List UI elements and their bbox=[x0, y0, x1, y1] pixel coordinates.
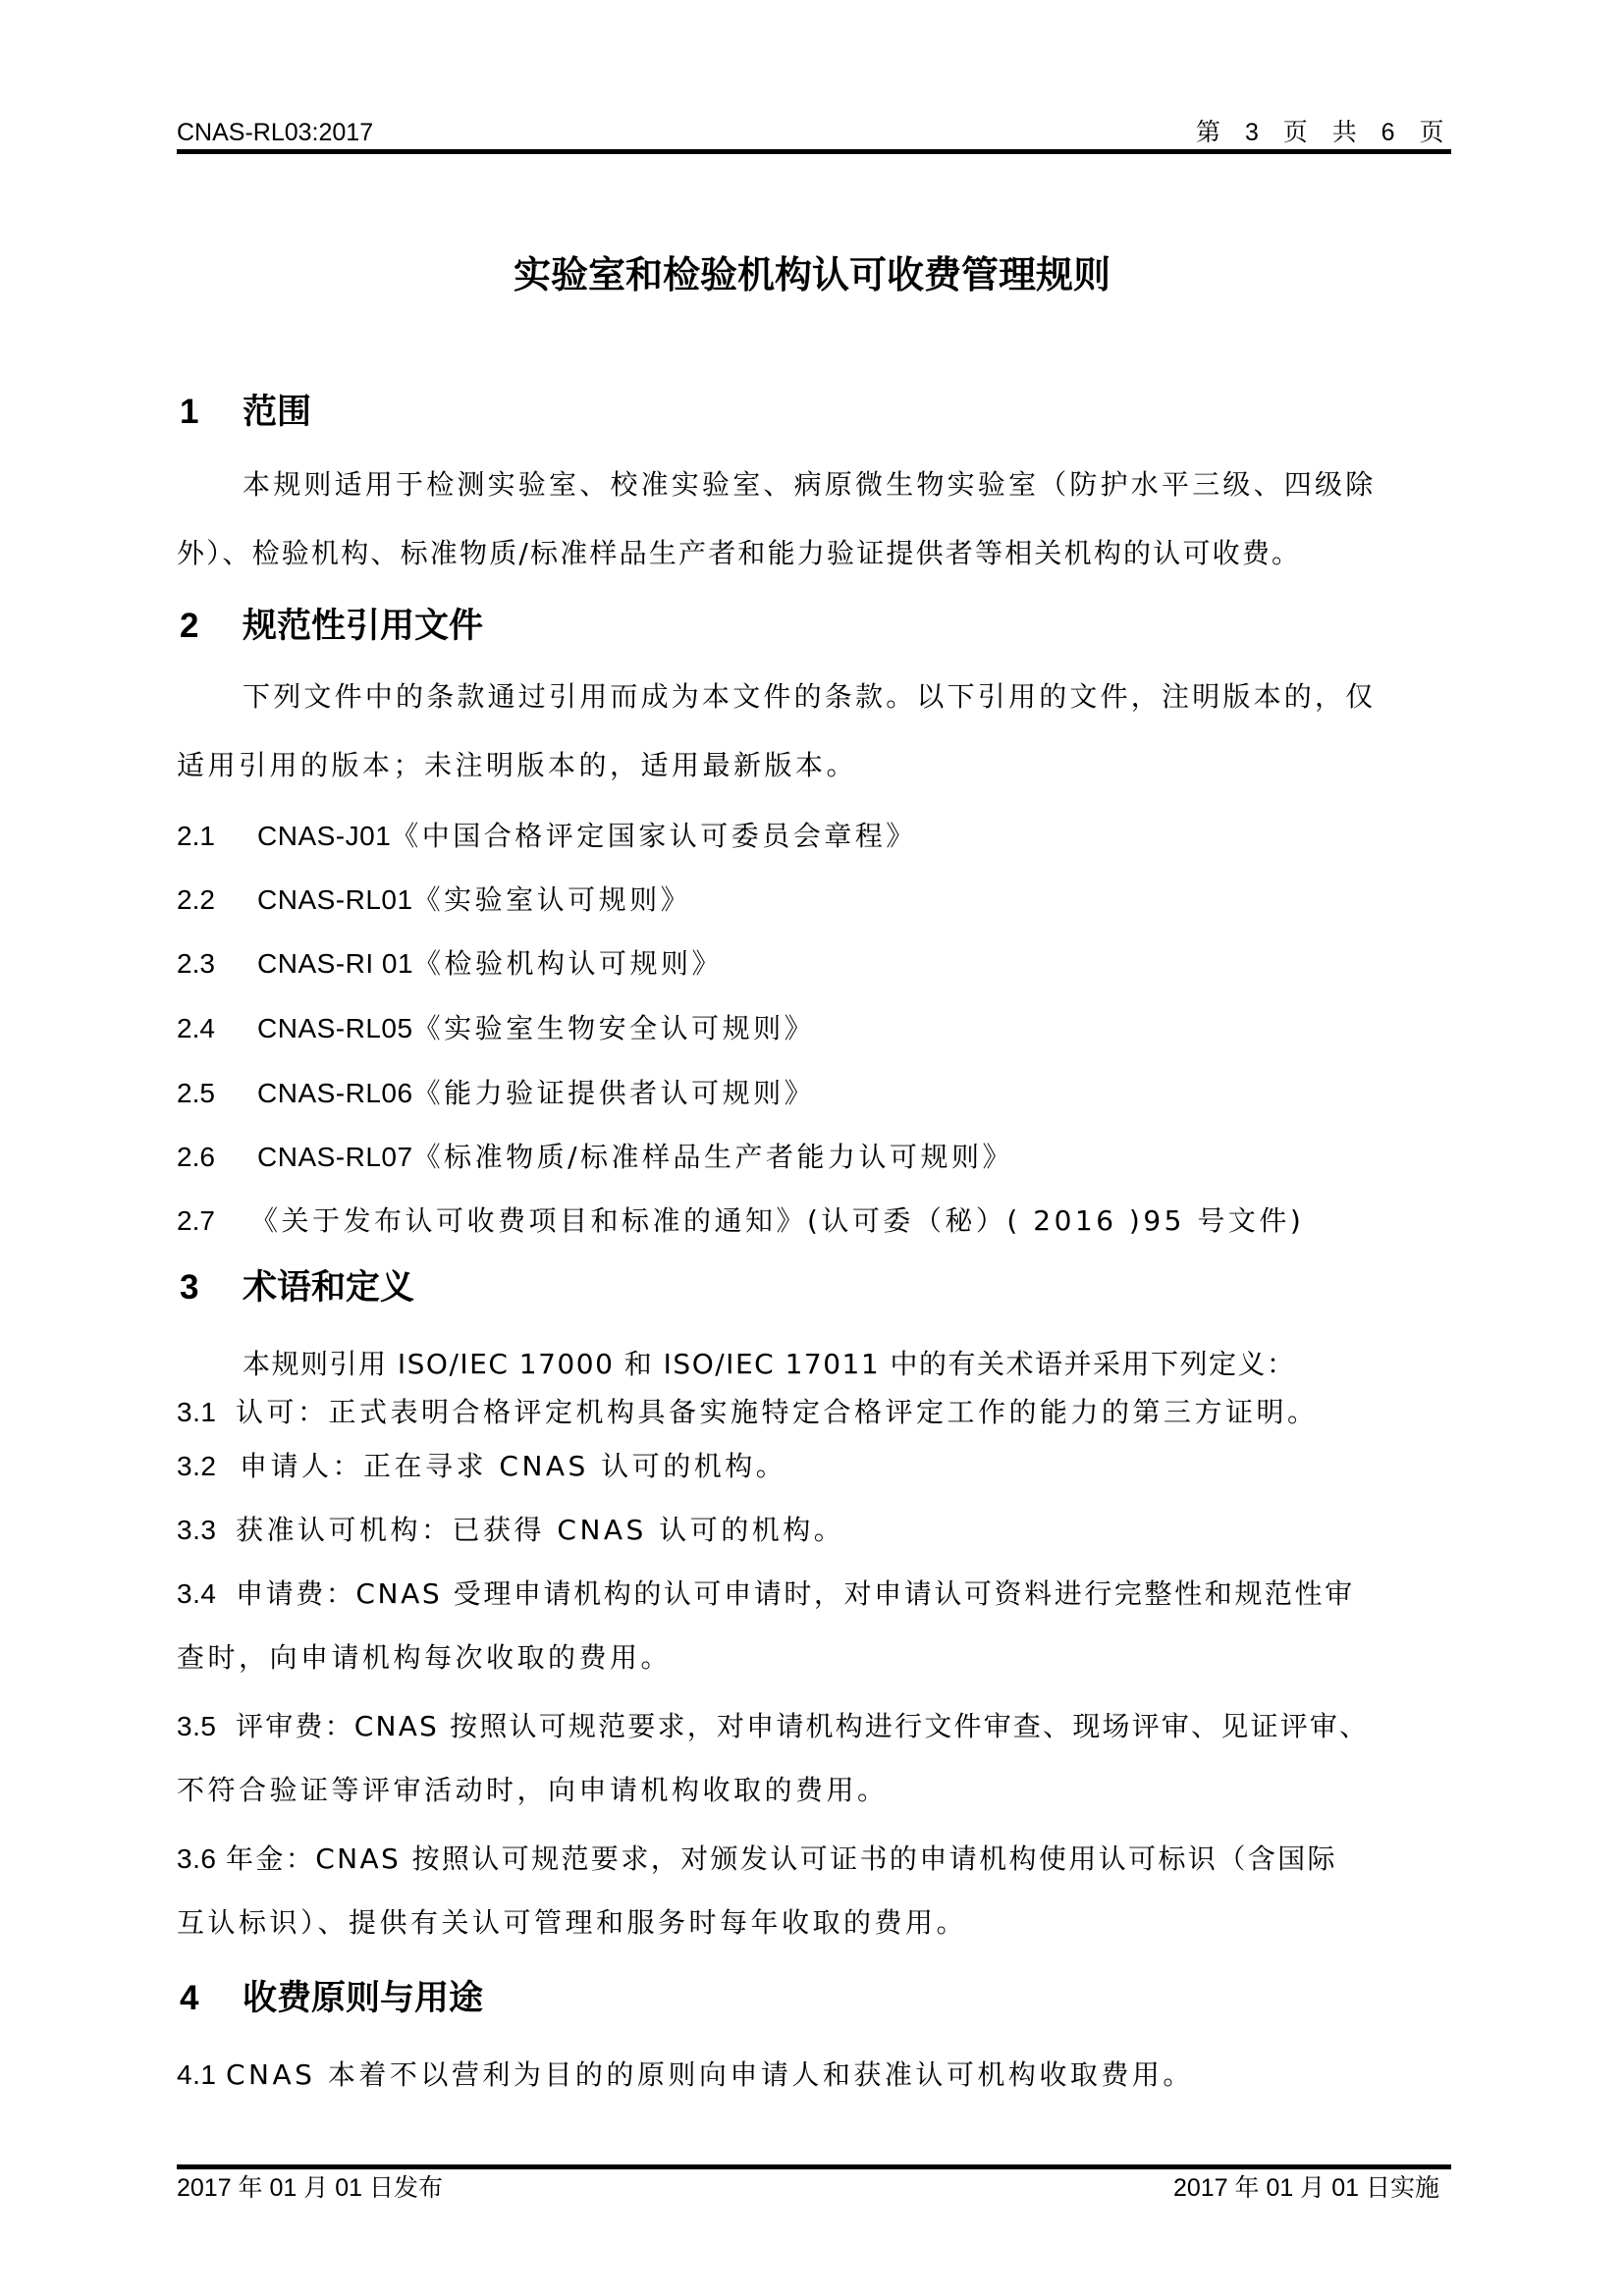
reference-number: 2.4 bbox=[177, 1011, 257, 1046]
section-title: 术语和定义 bbox=[243, 1268, 414, 1308]
definition-number: 3.3 bbox=[177, 1513, 236, 1548]
paragraph-line: 本规则适用于检测实验室、校准实验室、病原微生物实验室（防护水平三级、四级除 bbox=[243, 467, 1376, 503]
definition-text: 评审费：CNAS 按照认可规范要求，对申请机构进行文件审查、现场评审、见证评审、 bbox=[236, 1710, 1369, 1742]
reference-item: 2.6CNAS-RL07《标准物质/标准样品生产者能力认可规则》 bbox=[177, 1140, 1013, 1175]
reference-code: CNAS-RL01 bbox=[257, 884, 413, 915]
definition-item: 3.4申请费：CNAS 受理申请机构的认可申请时，对申请认可资料进行完整性和规范… bbox=[177, 1576, 1355, 1612]
reference-item: 2.2CNAS-RL01《实验室认可规则》 bbox=[177, 882, 691, 918]
definition-number: 3.2 bbox=[177, 1449, 240, 1484]
definition-text: 获准认可机构：已获得 CNAS 认可的机构。 bbox=[236, 1514, 844, 1546]
reference-number: 2.7 bbox=[177, 1203, 250, 1239]
definition-item: 3.2申请人：正在寻求 CNAS 认可的机构。 bbox=[177, 1449, 786, 1484]
section-number: 4 bbox=[180, 1977, 243, 2020]
definition-continuation: 查时，向申请机构每次收取的费用。 bbox=[177, 1640, 672, 1676]
definition-number: 3.4 bbox=[177, 1576, 236, 1612]
definition-item: 3.6年金：CNAS 按照认可规范要求，对颁发认可证书的申请机构使用认可标识（含… bbox=[177, 1842, 1337, 1877]
paragraph-line: 适用引用的版本；未注明版本的，适用最新版本。 bbox=[177, 748, 857, 783]
reference-title: 《实验室生物安全认可规则》 bbox=[413, 1012, 816, 1044]
page-title: 实验室和检验机构认可收费管理规则 bbox=[0, 250, 1624, 299]
paragraph-line: 外）、检验机构、标准物质/标准样品生产者和能力验证提供者等相关机构的认可收费。 bbox=[177, 536, 1301, 571]
reference-number: 2.1 bbox=[177, 819, 257, 854]
reference-code: CNAS-RL06 bbox=[257, 1078, 413, 1108]
reference-code: CNAS-J01 bbox=[257, 821, 391, 851]
reference-number: 2.3 bbox=[177, 946, 257, 982]
reference-title: 《中国合格评定国家认可委员会章程》 bbox=[391, 820, 917, 852]
reference-title: 《关于发布认可收费项目和标准的通知》(认可委（秘）( 2016 )95 号文件) bbox=[250, 1204, 1304, 1237]
reference-title: 《标准物质/标准样品生产者能力认可规则》 bbox=[413, 1141, 1013, 1173]
paragraph-line: 下列文件中的条款通过引用而成为本文件的条款。以下引用的文件，注明版本的，仅 bbox=[243, 679, 1376, 715]
section-heading-2: 2规范性引用文件 bbox=[180, 605, 483, 648]
reference-code: CNAS-RI 01 bbox=[257, 948, 413, 979]
definition-continuation: 不符合验证等评审活动时，向申请机构收取的费用。 bbox=[177, 1773, 889, 1808]
definition-text: 申请费：CNAS 受理申请机构的认可申请时，对申请认可资料进行完整性和规范性审 bbox=[236, 1577, 1355, 1610]
reference-number: 2.2 bbox=[177, 882, 257, 918]
reference-item: 2.3CNAS-RI 01《检验机构认可规则》 bbox=[177, 946, 723, 982]
reference-number: 2.6 bbox=[177, 1140, 257, 1175]
document-code: CNAS-RL03:2017 bbox=[177, 118, 373, 147]
definition-continuation: 互认标识）、提供有关认可管理和服务时每年收取的费用。 bbox=[177, 1905, 967, 1941]
section-number: 2 bbox=[180, 605, 243, 648]
page-indicator: 第 3 页 共 6 页 bbox=[1196, 118, 1453, 147]
principle-number: 4.1 bbox=[177, 2057, 226, 2093]
reference-item: 2.7《关于发布认可收费项目和标准的通知》(认可委（秘）( 2016 )95 号… bbox=[177, 1203, 1304, 1239]
section-title: 收费原则与用途 bbox=[243, 1979, 483, 2018]
reference-number: 2.5 bbox=[177, 1076, 257, 1111]
section-number: 3 bbox=[180, 1266, 243, 1309]
effective-date: 2017 年 01 月 01 日实施 bbox=[1173, 2173, 1439, 2203]
paragraph-line: 本规则引用 ISO/IEC 17000 和 ISO/IEC 17011 中的有关… bbox=[243, 1347, 1296, 1382]
section-heading-1: 1范围 bbox=[180, 391, 311, 434]
reference-title: 《能力验证提供者认可规则》 bbox=[413, 1077, 816, 1109]
section-heading-3: 3术语和定义 bbox=[180, 1266, 414, 1309]
reference-item: 2.1CNAS-J01《中国合格评定国家认可委员会章程》 bbox=[177, 819, 917, 854]
definition-text: 申请人：正在寻求 CNAS 认可的机构。 bbox=[240, 1450, 786, 1482]
definition-item: 3.1认可：正式表明合格评定机构具备实施特定合格评定工作的能力的第三方证明。 bbox=[177, 1395, 1319, 1430]
principle-item: 4.1CNAS 本着不以营利为目的的原则向申请人和获准认可机构收取费用。 bbox=[177, 2057, 1194, 2093]
definition-text: 认可：正式表明合格评定机构具备实施特定合格评定工作的能力的第三方证明。 bbox=[236, 1396, 1319, 1428]
footer-rule bbox=[177, 2164, 1451, 2169]
reference-item: 2.5CNAS-RL06《能力验证提供者认可规则》 bbox=[177, 1076, 815, 1111]
definition-number: 3.1 bbox=[177, 1395, 236, 1430]
reference-item: 2.4CNAS-RL05《实验室生物安全认可规则》 bbox=[177, 1011, 815, 1046]
reference-title: 《检验机构认可规则》 bbox=[413, 947, 723, 980]
section-heading-4: 4收费原则与用途 bbox=[180, 1977, 483, 2020]
reference-title: 《实验室认可规则》 bbox=[413, 883, 692, 916]
header-rule bbox=[177, 149, 1451, 154]
definition-item: 3.5评审费：CNAS 按照认可规范要求，对申请机构进行文件审查、现场评审、见证… bbox=[177, 1709, 1369, 1744]
section-title: 范围 bbox=[243, 393, 311, 432]
reference-code: CNAS-RL07 bbox=[257, 1142, 413, 1172]
issue-date: 2017 年 01 月 01 日发布 bbox=[177, 2173, 443, 2203]
section-number: 1 bbox=[180, 391, 243, 434]
principle-text: CNAS 本着不以营利为目的的原则向申请人和获准认可机构收取费用。 bbox=[226, 2058, 1194, 2091]
reference-code: CNAS-RL05 bbox=[257, 1013, 413, 1043]
section-title: 规范性引用文件 bbox=[243, 607, 483, 646]
definition-text: 年金：CNAS 按照认可规范要求，对颁发认可证书的申请机构使用认可标识（含国际 bbox=[226, 1842, 1337, 1875]
definition-item: 3.3获准认可机构：已获得 CNAS 认可的机构。 bbox=[177, 1513, 844, 1548]
definition-number: 3.6 bbox=[177, 1842, 226, 1877]
definition-number: 3.5 bbox=[177, 1709, 236, 1744]
